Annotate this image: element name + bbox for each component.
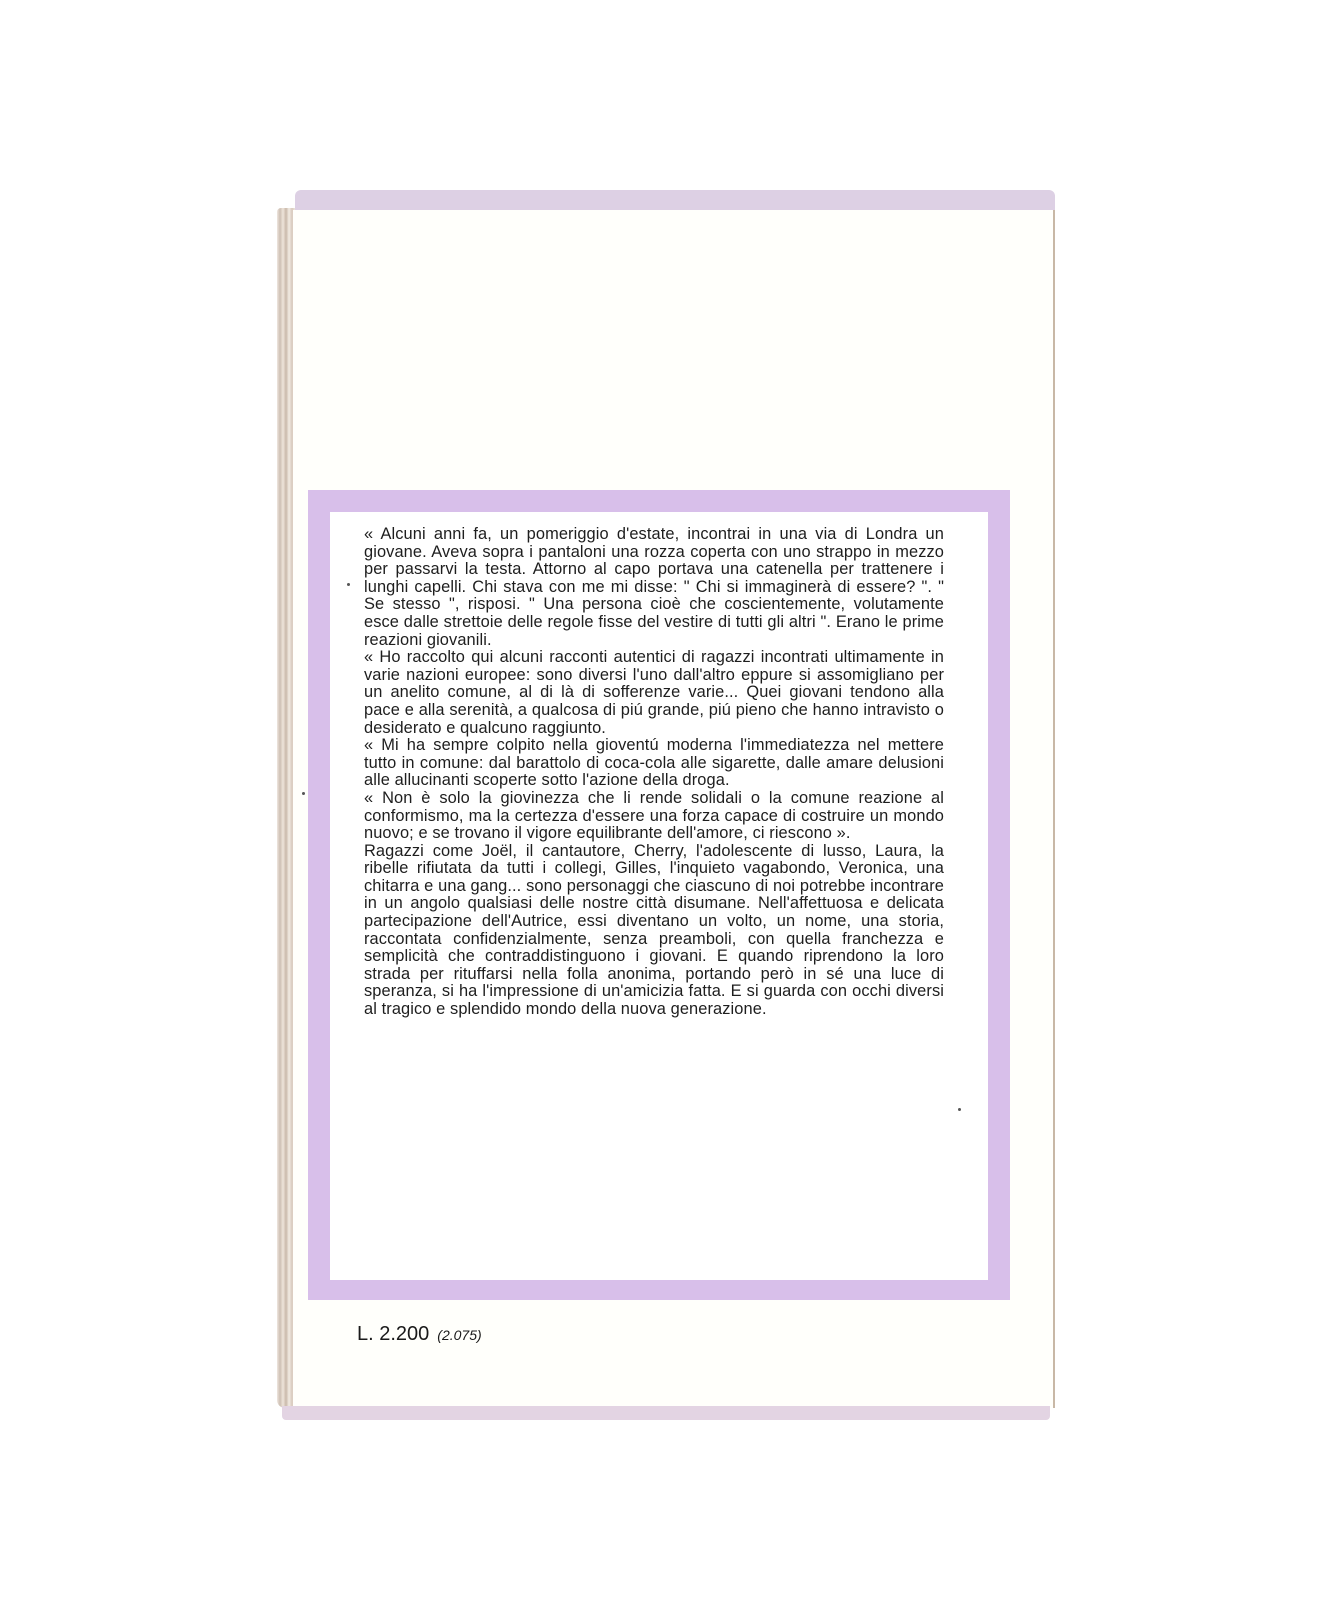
price-label: L. 2.200(2.075) xyxy=(357,1323,482,1346)
print-speck xyxy=(958,1108,961,1111)
cover-top-edge xyxy=(295,190,1055,212)
blurb-paragraph: « Mi ha sempre colpito nella gioventú mo… xyxy=(364,737,944,790)
blurb-paragraph: « Ho raccolto qui alcuni racconti autent… xyxy=(364,649,944,737)
current-price: L. 2.200 xyxy=(357,1323,429,1345)
blurb-paragraph: « Alcuni anni fa, un pomeriggio d'estate… xyxy=(364,526,944,649)
print-speck xyxy=(302,792,305,795)
blurb-frame: « Alcuni anni fa, un pomeriggio d'estate… xyxy=(308,490,1010,1300)
blurb-paragraph: « Non è solo la giovinezza che li rende … xyxy=(364,790,944,843)
previous-price: (2.075) xyxy=(437,1327,481,1343)
blurb-text: « Alcuni anni fa, un pomeriggio d'estate… xyxy=(364,526,944,1019)
print-speck xyxy=(347,583,350,586)
blurb-panel: « Alcuni anni fa, un pomeriggio d'estate… xyxy=(330,512,988,1280)
cover-bottom-edge xyxy=(282,1406,1050,1420)
blurb-paragraph: Ragazzi come Joël, il cantautore, Cherry… xyxy=(364,843,944,1019)
